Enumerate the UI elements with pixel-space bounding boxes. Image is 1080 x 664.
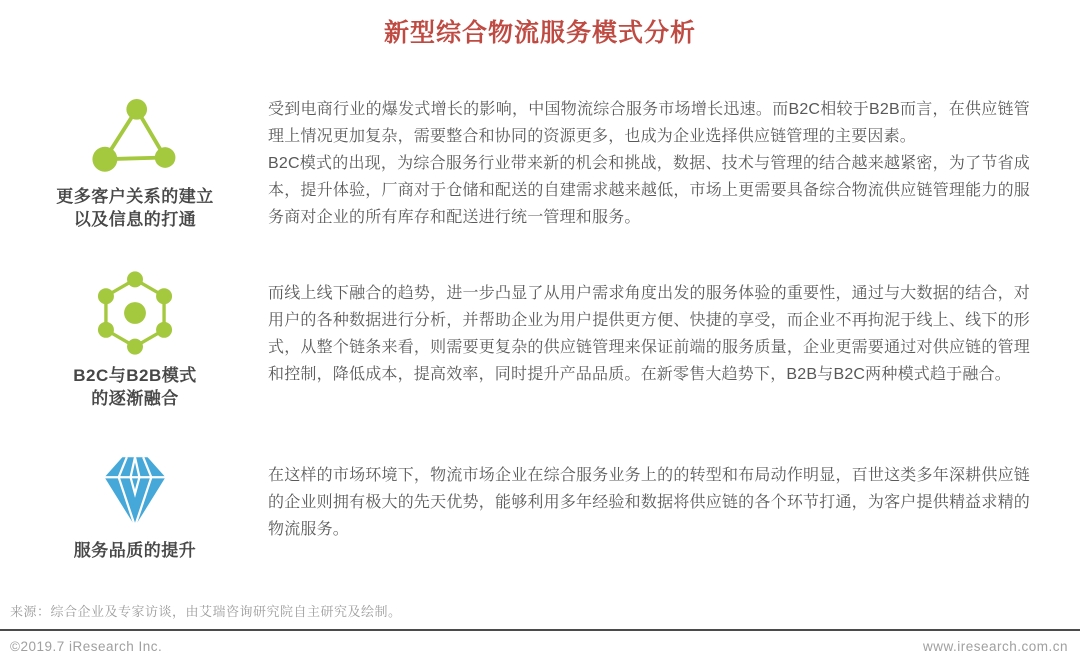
section-1-paragraph-text-2: B2C模式的出现，为综合服务行业带来新的机会和挑战，数据、技术与管理的结合越来越… [268,150,1030,231]
infographic-page: 新型综合物流服务模式分析 更多客户关系的建立 以及信息的打通 受到电商行业的爆发… [0,0,1080,664]
section-1-label-line1: 更多客户关系的建立 [50,185,220,208]
section-2-paragraph: 而线上线下融合的趋势，进一步凸显了从用户需求角度出发的服务体验的重要性，通过与大… [268,280,1030,388]
section-3-paragraph: 在这样的市场环境下，物流市场企业在综合服务业务上的的转型和布局动作明显，百世这类… [268,462,1030,543]
section-1-paragraph: 受到电商行业的爆发式增长的影响，中国物流综合服务市场增长迅速。而B2C相较于B2… [268,96,1030,231]
section-1-label-line2: 以及信息的打通 [50,208,220,231]
section-1-icon-column: 更多客户关系的建立 以及信息的打通 [50,96,220,231]
section-2-paragraph-text: 而线上线下融合的趋势，进一步凸显了从用户需求角度出发的服务体验的重要性，通过与大… [268,280,1030,388]
section-3-label-line1: 服务品质的提升 [50,539,220,562]
footer-divider [0,629,1080,631]
diamond-icon [94,452,176,530]
page-title: 新型综合物流服务模式分析 [0,13,1080,49]
section-2-label-line2: 的逐渐融合 [50,387,220,410]
source-note: 来源：综合企业及专家访谈，由艾瑞咨询研究院自主研究及绘制。 [10,601,402,620]
section-3-icon-column: 服务品质的提升 [50,452,220,562]
section-3-paragraph-text: 在这样的市场环境下，物流市场企业在综合服务业务上的的转型和布局动作明显，百世这类… [268,462,1030,543]
section-1-label: 更多客户关系的建立 以及信息的打通 [50,185,220,231]
section-2-icon-column: B2C与B2B模式 的逐渐融合 [50,271,220,410]
section-1-paragraph-text-1: 受到电商行业的爆发式增长的影响，中国物流综合服务市场增长迅速。而B2C相较于B2… [268,96,1030,150]
hexagon-network-icon [93,271,177,355]
triangle-network-icon [92,96,178,176]
copyright-text: ©2019.7 iResearch Inc. [10,639,162,654]
website-text: www.iresearch.com.cn [923,639,1068,654]
section-2-label: B2C与B2B模式 的逐渐融合 [50,364,220,410]
section-3-label: 服务品质的提升 [50,539,220,562]
section-2-label-line1: B2C与B2B模式 [50,364,220,387]
